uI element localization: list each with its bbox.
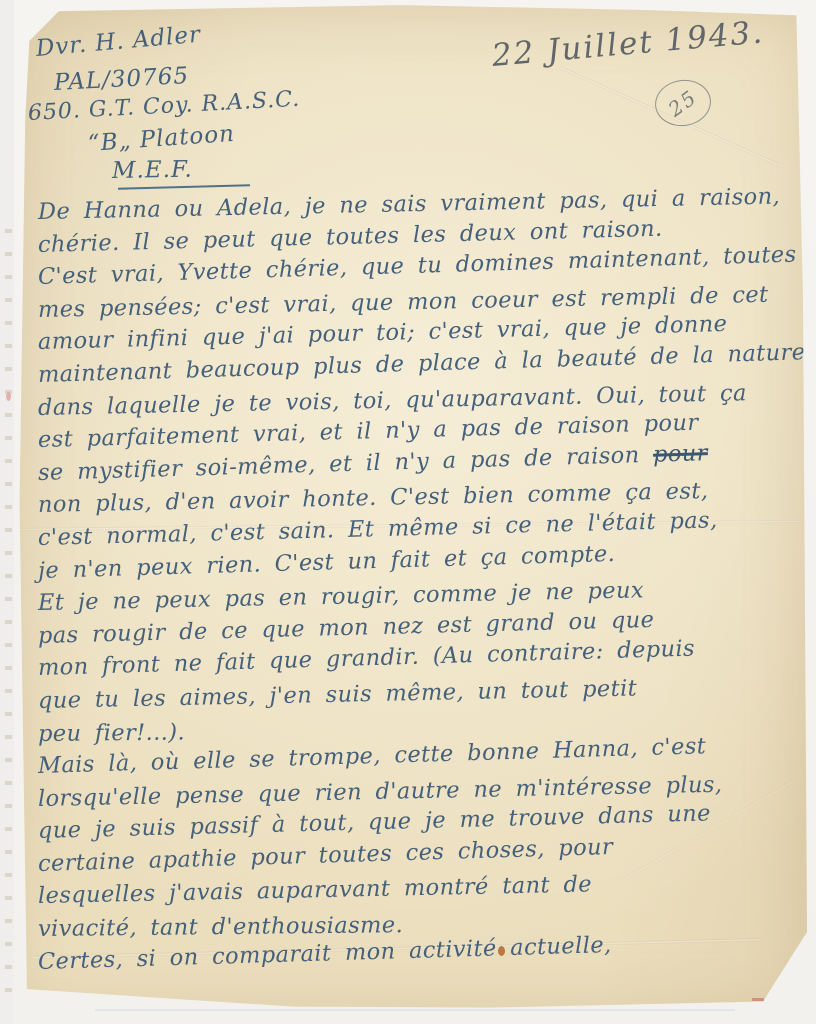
sender-name: Dvr. H. Adler: [35, 22, 202, 62]
edge-speck: [752, 998, 764, 1001]
rust-stain: [498, 946, 505, 956]
letter-body: De Hanna ou Adela, je ne sais vraiment p…: [38, 196, 798, 978]
letter-paper: Dvr. H. Adler PAL/30765 650. G.T. Coy. R…: [0, 0, 816, 1024]
scanner-edge-line: [95, 1009, 735, 1011]
page-number: 25: [664, 85, 702, 122]
sender-service-number: PAL/30765: [53, 63, 189, 96]
address-underline: [118, 184, 250, 189]
letter-date: 22 Juillet 1943.: [490, 14, 765, 74]
sender-theatre: M.E.F.: [112, 157, 193, 184]
scanned-letter-page: Dvr. H. Adler PAL/30765 650. G.T. Coy. R…: [0, 0, 816, 1024]
page-number-circle: 25: [652, 76, 714, 129]
struck-word: pour: [653, 440, 709, 468]
torn-edge-notches: [5, 210, 12, 1004]
edge-speck: [6, 392, 11, 401]
sender-platoon: “B„ Platoon: [87, 121, 236, 157]
